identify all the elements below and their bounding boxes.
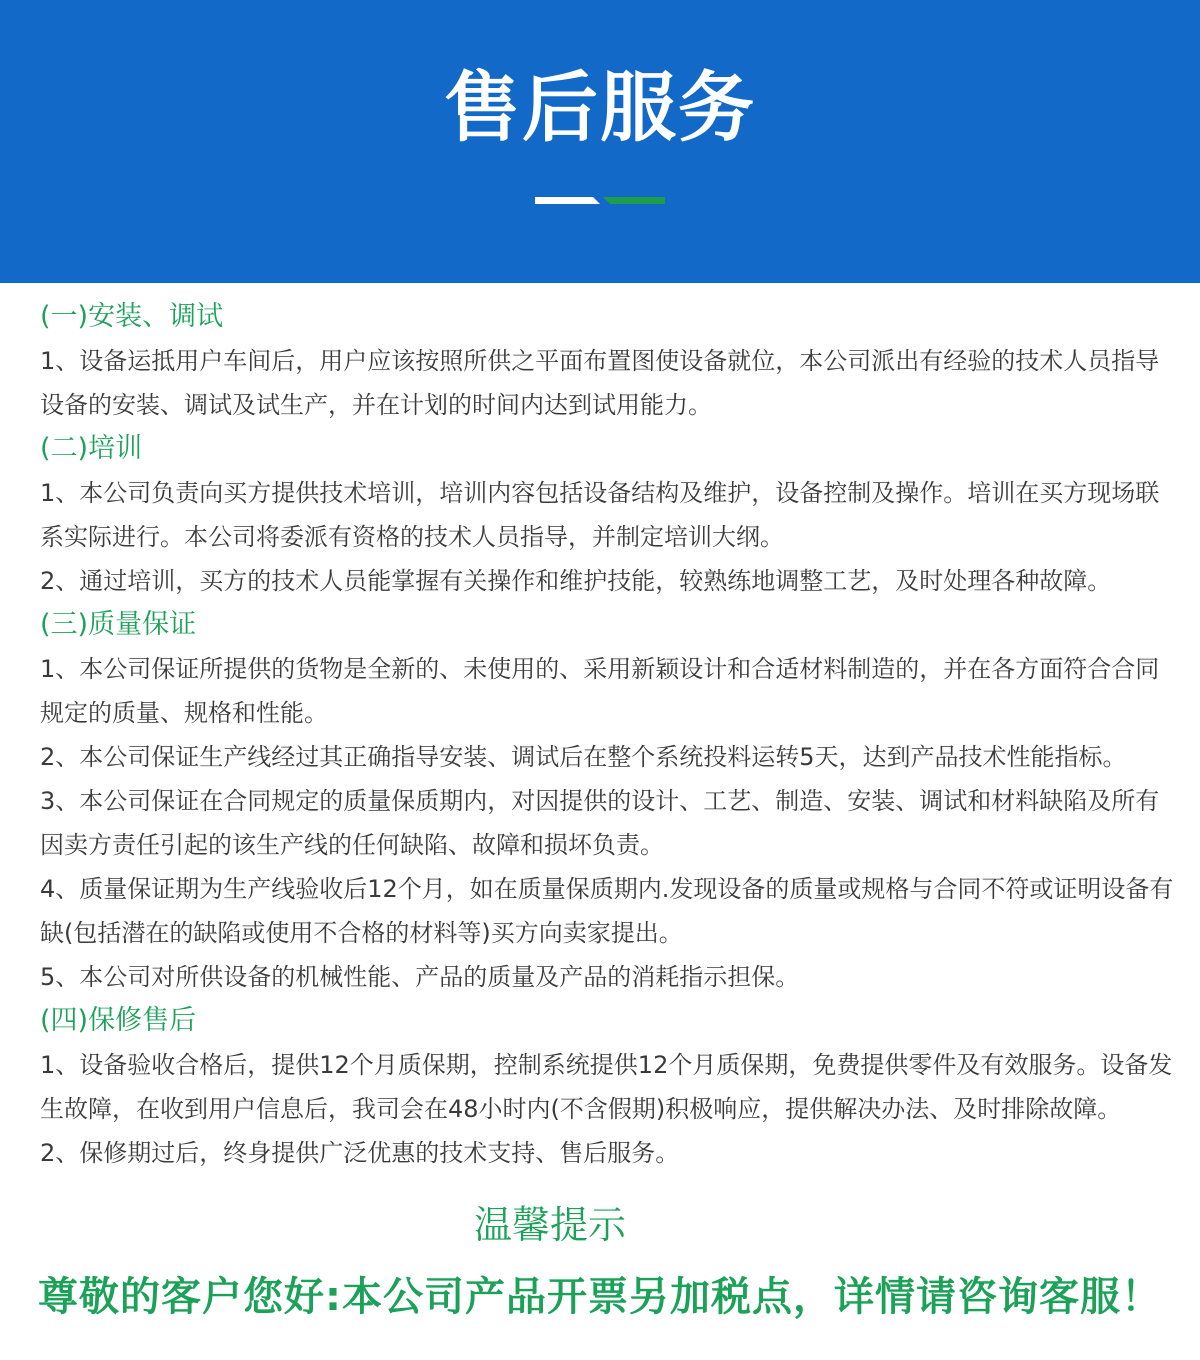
- section-paragraph: 2、本公司保证生产线经过其正确指导安装、调试后在整个系统投料运转5天，达到产品技…: [40, 735, 1176, 779]
- divider-green-bar: [603, 197, 665, 204]
- section-warranty: (四)保修售后 1、设备验收合格后，提供12个月质保期，控制系统提供12个月质保…: [40, 999, 1176, 1175]
- section-paragraph: 2、保修期过后，终身提供广泛优惠的技术支持、售后服务。: [40, 1131, 1176, 1175]
- section-paragraph: 1、本公司保证所提供的货物是全新的、未使用的、采用新颖设计和合适材料制造的，并在…: [40, 647, 1176, 735]
- section-install-debug: (一)安装、调试 1、设备运抵用户车间后，用户应该按照所供之平面布置图使设备就位…: [40, 295, 1176, 427]
- section-paragraph: 1、设备运抵用户车间后，用户应该按照所供之平面布置图使设备就位，本公司派出有经验…: [40, 339, 1176, 427]
- section-heading: (一)安装、调试: [40, 295, 1176, 339]
- tax-notice-text: 尊敬的客户您好:本公司产品开票另加税点，详情请咨询客服！: [0, 1273, 1200, 1321]
- section-heading: (三)质量保证: [40, 603, 1176, 647]
- divider-white-bar: [535, 197, 600, 204]
- section-paragraph: 3、本公司保证在合同规定的质量保质期内，对因提供的设计、工艺、制造、安装、调试和…: [40, 779, 1176, 867]
- page-header: 售后服务: [0, 0, 1200, 283]
- service-terms: (一)安装、调试 1、设备运抵用户车间后，用户应该按照所供之平面布置图使设备就位…: [0, 283, 1200, 1175]
- section-training: (二)培训 1、本公司负责向买方提供技术培训，培训内容包括设备结构及维护，设备控…: [40, 427, 1176, 603]
- section-heading: (四)保修售后: [40, 999, 1176, 1043]
- section-paragraph: 1、设备验收合格后，提供12个月质保期，控制系统提供12个月质保期，免费提供零件…: [40, 1043, 1176, 1131]
- footer-notice-block: 温馨提示 尊敬的客户您好:本公司产品开票另加税点，详情请咨询客服！: [0, 1203, 1200, 1321]
- section-paragraph: 1、本公司负责向买方提供技术培训，培训内容包括设备结构及维护，设备控制及操作。培…: [40, 471, 1176, 559]
- tip-title: 温馨提示: [0, 1203, 1150, 1247]
- section-quality-guarantee: (三)质量保证 1、本公司保证所提供的货物是全新的、未使用的、采用新颖设计和合适…: [40, 603, 1176, 999]
- section-paragraph: 5、本公司对所供设备的机械性能、产品的质量及产品的消耗指示担保。: [40, 955, 1176, 999]
- page-title: 售后服务: [0, 70, 1200, 146]
- section-paragraph: 2、通过培训，买方的技术人员能掌握有关操作和维护技能，较熟练地调整工艺，及时处理…: [40, 559, 1176, 603]
- title-divider: [535, 197, 665, 204]
- section-paragraph: 4、质量保证期为生产线验收后12个月，如在质量保质期内.发现设备的质量或规格与合…: [40, 867, 1176, 955]
- after-sales-page: 售后服务 (一)安装、调试 1、设备运抵用户车间后，用户应该按照所供之平面布置图…: [0, 0, 1200, 1360]
- section-heading: (二)培训: [40, 427, 1176, 471]
